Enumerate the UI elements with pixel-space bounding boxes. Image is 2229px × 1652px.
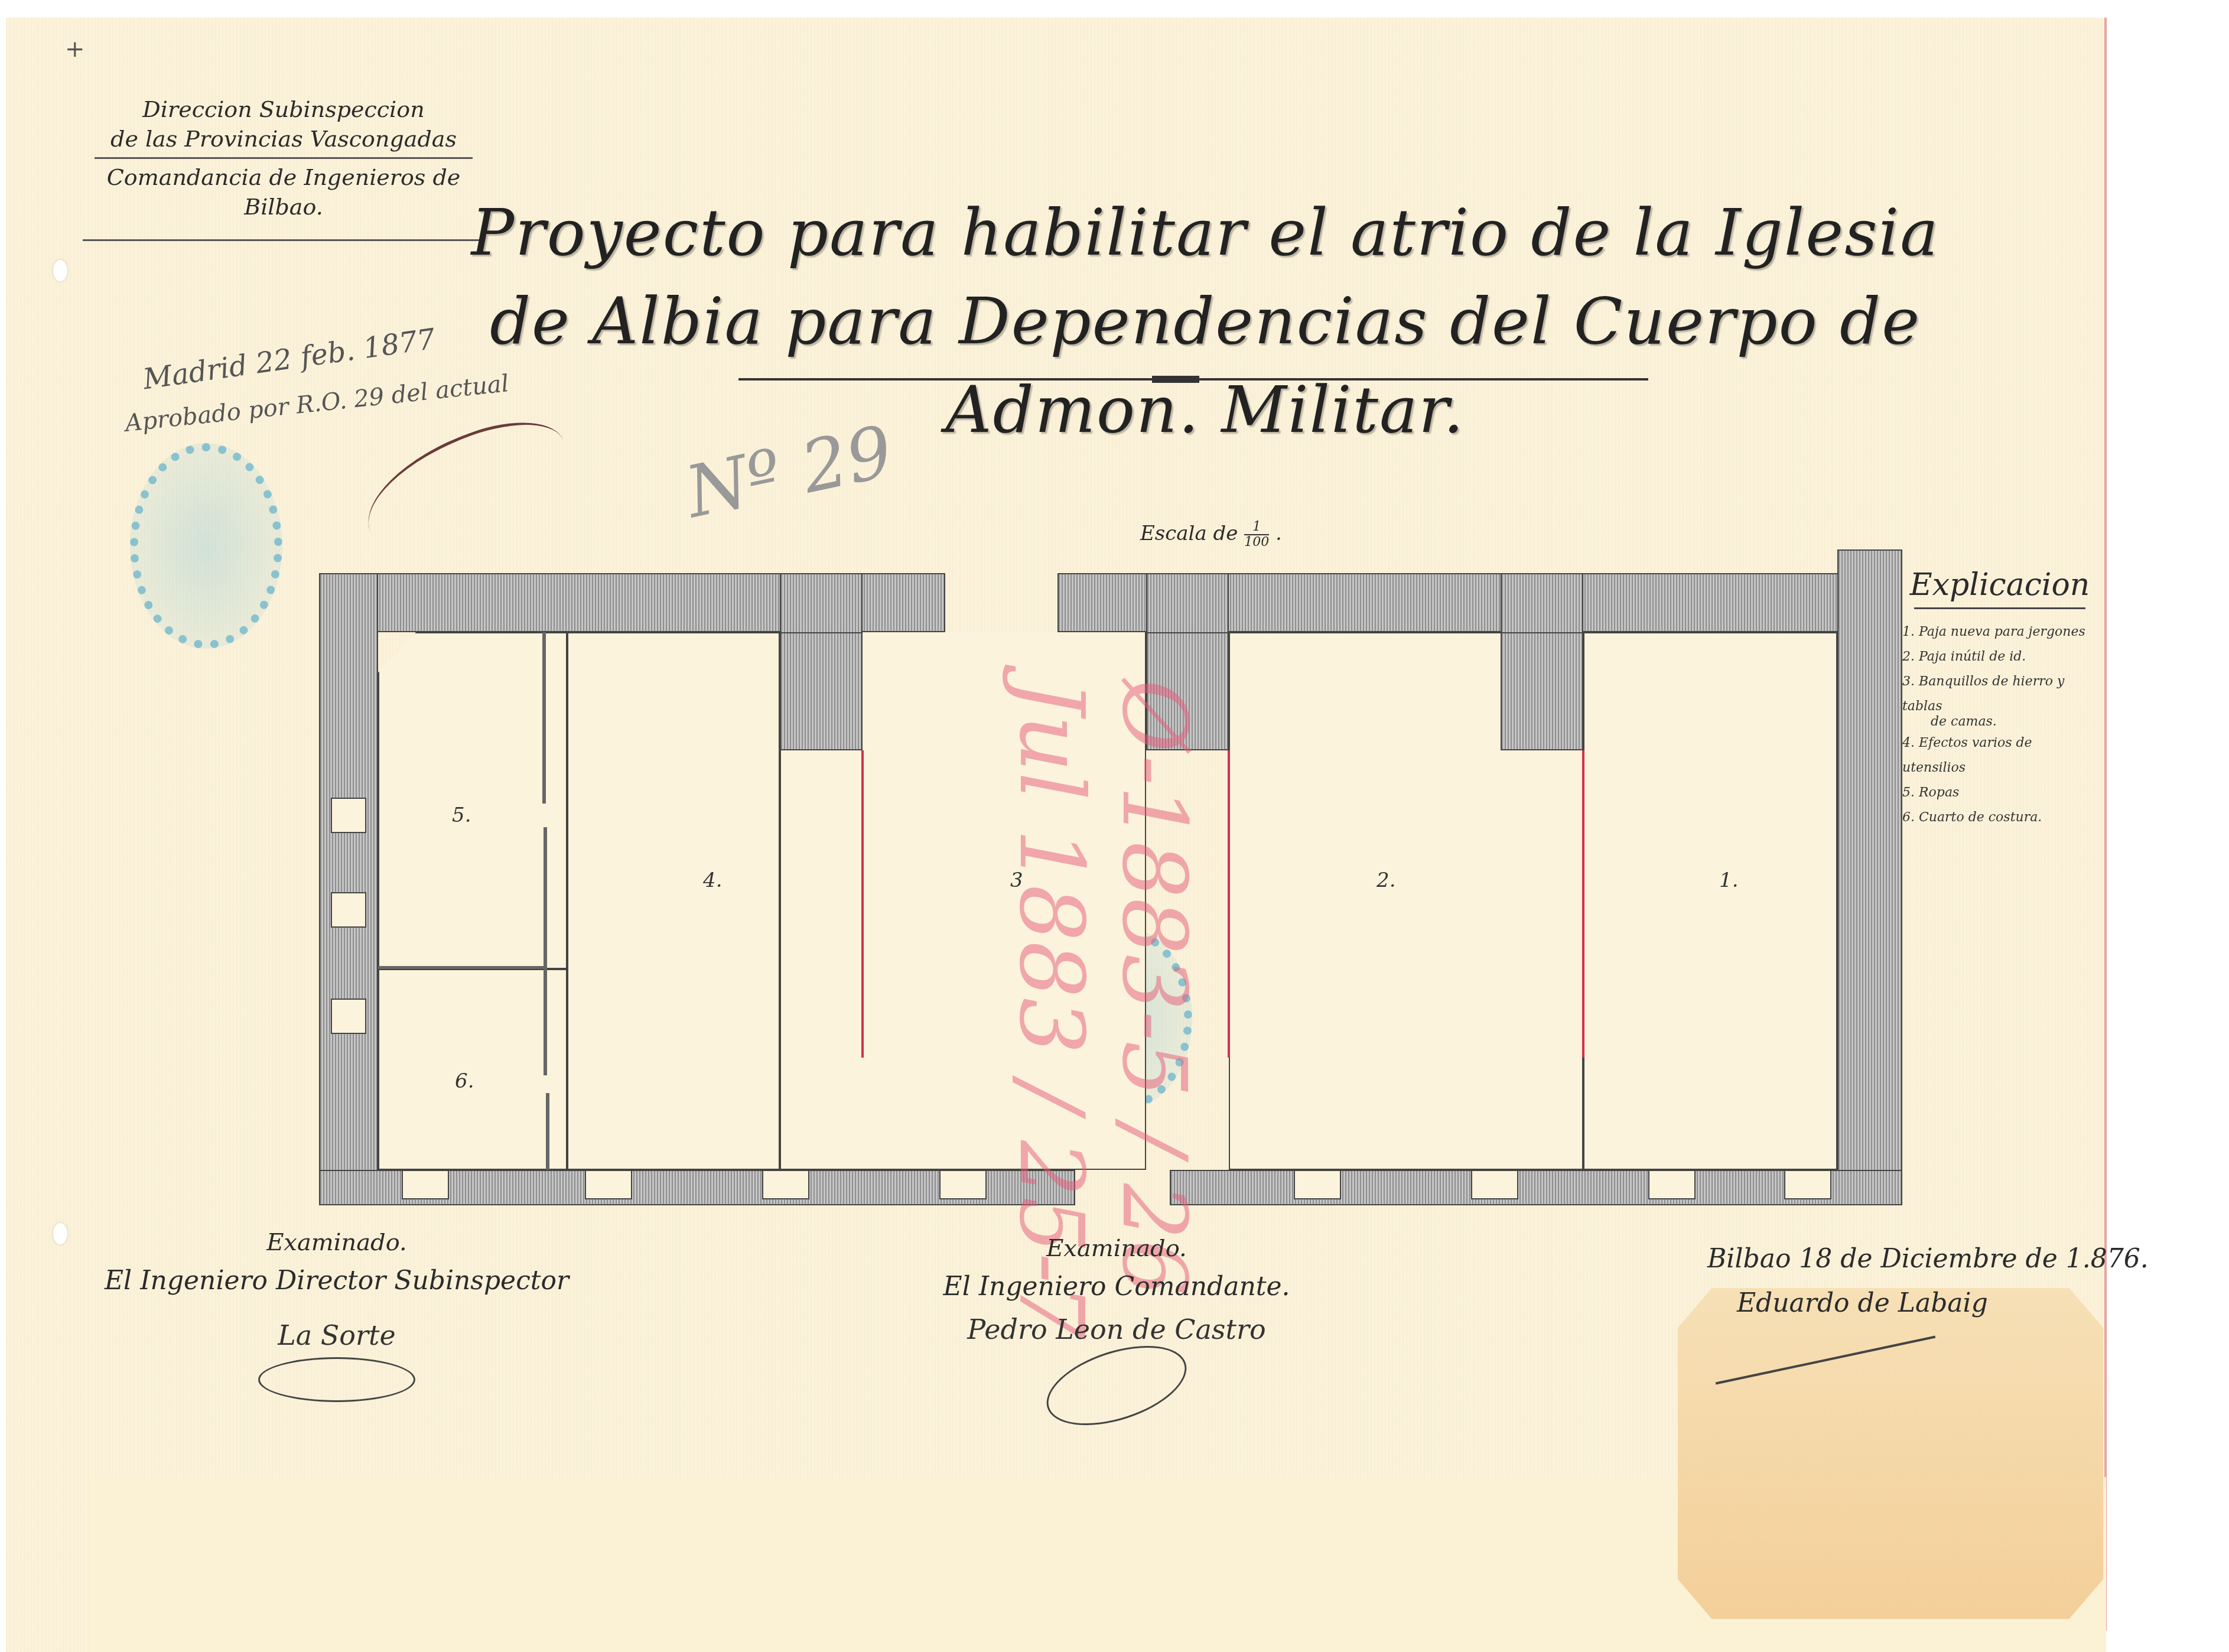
room-label-5: 5. <box>452 804 471 827</box>
pilaster-3-face <box>1501 632 1583 750</box>
room-label-6: 6. <box>455 1069 474 1093</box>
document-title: Proyecto para habilitar el atrio de la I… <box>437 189 1973 455</box>
window-bottom-7 <box>1648 1170 1696 1199</box>
title-line-1: Proyecto para habilitar el atrio de la I… <box>437 189 1973 278</box>
room-label-4: 4. <box>703 869 722 892</box>
window-left-2 <box>331 892 366 928</box>
examined-label-center: Examinado. <box>910 1235 1323 1262</box>
room-label-1: 1. <box>1719 869 1738 892</box>
signer-name-left: La Sorte <box>95 1319 579 1351</box>
signer-name-right: Eduardo de Labaig <box>1737 1288 1988 1318</box>
window-left-3 <box>331 999 366 1034</box>
window-bottom-6 <box>1471 1170 1518 1199</box>
window-bottom-4 <box>939 1170 987 1199</box>
red-division-3 <box>861 750 864 1058</box>
room-1 <box>1583 632 1837 1170</box>
wall-left <box>319 573 378 1188</box>
punch-hole-top <box>53 260 67 281</box>
role-left: El Ingeniero Director Subinspector <box>95 1266 579 1296</box>
role-center: El Ingeniero Comandante. <box>910 1271 1323 1302</box>
window-bottom-8 <box>1784 1170 1831 1199</box>
window-left-1 <box>331 798 366 833</box>
office-header: Direccion Subinspeccion de las Provincia… <box>65 95 502 245</box>
window-bottom-2 <box>585 1170 632 1199</box>
partition-6-4 <box>546 1093 549 1170</box>
red-division-1 <box>1582 750 1584 1058</box>
room-5 <box>378 632 567 969</box>
partition-5-4-upper <box>542 632 546 804</box>
floor-plan: 1. 2. 3 4. 5. 6. Ø-1883-5 / 26 Jul 1883 … <box>319 561 1914 1205</box>
punch-hole-bottom <box>53 1223 67 1244</box>
signature-flourish-left <box>258 1357 415 1402</box>
scale-label: Escala de 1 100 . <box>1140 520 1282 549</box>
room-label-2: 2. <box>1377 869 1395 892</box>
legend-item-5: 5. Ropas <box>1902 781 2097 805</box>
partition-5-4-lower <box>544 827 547 1075</box>
pilaster-1-face <box>780 632 863 750</box>
legend-title: Explicacion <box>1902 567 2097 603</box>
window-bottom-1 <box>402 1170 449 1199</box>
signature-center: Examinado. El Ingeniero Comandante. Pedr… <box>910 1235 1323 1420</box>
wall-right <box>1837 549 1902 1182</box>
legend: Explicacion 1. Paja nueva para jergones … <box>1902 567 2097 830</box>
legend-item-3: 3. Banquillos de hierro y tablas <box>1902 669 2097 719</box>
title-rule <box>738 378 1648 381</box>
paper-patch <box>1678 1288 2103 1619</box>
header-rule-bottom <box>83 239 484 241</box>
legend-item-1: 1. Paja nueva para jergones <box>1902 620 2097 645</box>
title-line-2: de Albia para Dependencias del Cuerpo de… <box>437 278 1973 455</box>
legend-item-6: 6. Cuarto de costura. <box>1902 805 2097 830</box>
signature-left: Examinado. El Ingeniero Director Subinsp… <box>95 1229 579 1402</box>
legend-item-4: 4. Efectos varios de utensilios <box>1902 731 2097 781</box>
header-line-3: Comandancia de Ingenieros de Bilbao. <box>65 162 502 222</box>
header-line-2: de las Provincias Vascongadas <box>65 124 502 154</box>
seal-stamp-left <box>130 443 282 649</box>
scale-fraction: 1 100 <box>1244 520 1269 549</box>
legend-item-3-cont: de camas. <box>1902 713 2097 731</box>
red-division-2 <box>1228 750 1230 1058</box>
header-rule <box>95 157 473 159</box>
room-4 <box>567 632 780 1170</box>
place-date: Bilbao 18 de Diciembre de 1.876. <box>1707 1244 2149 1274</box>
examined-label-left: Examinado. <box>95 1229 579 1256</box>
sheet-edge <box>2104 18 2107 1631</box>
window-bottom-5 <box>1294 1170 1341 1199</box>
header-line-1: Direccion Subinspeccion <box>65 95 502 124</box>
corner-mark: + <box>65 35 85 63</box>
scale-text: Escala de <box>1140 522 1238 545</box>
partition-5-6 <box>378 966 546 969</box>
window-bottom-3 <box>762 1170 809 1199</box>
signer-name-center: Pedro Leon de Castro <box>910 1313 1323 1345</box>
legend-rule <box>1914 607 2085 609</box>
legend-item-2: 2. Paja inútil de id. <box>1902 645 2097 669</box>
